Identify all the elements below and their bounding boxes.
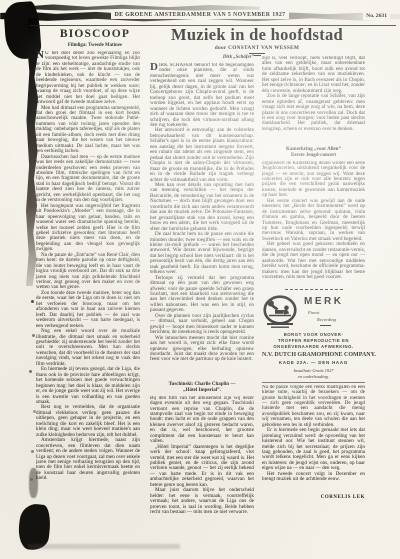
- column-bioscoop: BIOSCOOP Filmliga: Tweede Matinee NU het…: [36, 28, 140, 535]
- heading-kamerkring: Kamerkring „voor Allen” Eerste Jeugd-con…: [262, 147, 365, 159]
- scan-artifact-bottom-streak: [28, 544, 180, 549]
- ad-brand-word: MERK: [304, 296, 343, 307]
- body-paragraph: Maar juist daarom blijve het onderscheid…: [150, 488, 254, 515]
- body-paragraph: De zaal bracht hem na de pauze een ovati…: [150, 232, 254, 276]
- body-paragraph: Het hoogtepunt was ongetwijfeld het frag…: [36, 204, 140, 253]
- bioscoop-subtitle: Filmliga: Tweede Matinee: [36, 43, 140, 48]
- body-paragraph: Men had ditmaal een programma samengeste…: [36, 106, 140, 155]
- body-paragraph: Men kan over détails van opvatting met h…: [150, 183, 254, 232]
- body-paragraph: organiseert de Kamerkring dezen winter e…: [262, 161, 365, 199]
- body-paragraph: „Hôtel Imperial” daarentegen is het dege…: [150, 445, 254, 489]
- dashed-rule: [285, 289, 343, 290]
- newspaper-page: DE GROENE AMSTERDAMMER VAN 5 NOVEMBER 19…: [0, 0, 400, 559]
- masthead-title: DE GROENE AMSTERDAMMER VAN 5 NOVEMBER 19…: [0, 12, 400, 18]
- body-paragraph: Het geheel was goed gekozen: melodieën e…: [262, 242, 365, 280]
- body-paragraph: Amsterdam krijgt hiermede, naast zijn co…: [36, 438, 140, 482]
- body-paragraph: Het eerste concert was gewijd aan de oud…: [262, 199, 365, 243]
- dropcap: D: [150, 63, 158, 72]
- right-body-bottom: Na de pauze volgde een reeks madrigalen …: [262, 385, 365, 493]
- music-byline: door CONSTANT VAN WESSEM: [148, 45, 366, 51]
- body-paragraph: Bij den film van het amusement zijn wij …: [150, 396, 254, 445]
- ad-address: KADE 22A. — DEN HAAG: [262, 360, 365, 365]
- body-paragraph: zijd is, veel verloopt, niets verheiligd…: [262, 56, 365, 94]
- right-body-top: zijd is, veel verloopt, niets verheiligd…: [262, 56, 365, 144]
- body-paragraph: Over de plannen voor zijn jaarlijkschen …: [150, 314, 254, 336]
- signature: CORNELIS LEK: [262, 495, 365, 500]
- bioscoop-title: BIOSCOOP: [36, 28, 140, 40]
- byline-flourish: [249, 53, 265, 54]
- body-paragraph: Er is hiermede een begin gemaakt met iet…: [262, 428, 365, 472]
- gramophone-dog-logo-icon: [263, 294, 297, 330]
- scan-artifact-top-smear: [30, 4, 260, 11]
- issue-number: No. 2631: [363, 12, 390, 20]
- music-article-header: Muziek in de hoofdstad door CONSTANT VAN…: [148, 27, 366, 56]
- ad-note: Installatie Gratis 1927: [262, 368, 365, 373]
- ad-tagline: Finest: [308, 310, 319, 315]
- scan-artifact-speckles: [31, 300, 34, 303]
- ad-tagline: Recording: [317, 317, 336, 322]
- body-paragraph: Zoo is de lange reputatie van Schäfer, v…: [262, 94, 365, 132]
- gramophone-advert: MERK Finest Recording BORGT VOOR ONOVER-…: [262, 292, 365, 380]
- column-right: zijd is, veel verloopt, niets verheiligd…: [262, 56, 365, 500]
- ad-company-name: N.V. DUTCH GRAMOPHONE COMPANY.: [262, 352, 365, 358]
- body-paragraph: DIRK SCHÄFER behoort tot de begenadigden…: [150, 63, 254, 128]
- ad-bottom-rule: [262, 382, 365, 383]
- byline-flourish: [254, 55, 261, 56]
- column-music: Dirk „Schäfer” DIRK SCHÄFER behoort tot …: [150, 55, 254, 522]
- body-paragraph: Nog een enkel woord over de muzikale ill…: [36, 329, 140, 367]
- body-paragraph: Terloops zij vermeld dat het programma d…: [150, 276, 254, 314]
- article-kicker: Dirk „Schäfer”: [150, 55, 254, 60]
- ad-note: en onderhouding.: [262, 374, 365, 379]
- music-body-2: Bij den film van het amusement zijn wij …: [150, 396, 254, 522]
- ad-tagline-dash: [320, 325, 331, 326]
- body-paragraph: Het antwoord is eenvoudig: aan de volstr…: [150, 128, 254, 183]
- body-paragraph: Wie intusschen meenen mocht dat hier rou…: [150, 336, 254, 363]
- body-paragraph: NU het doel dezer zoo eigenaardig en zoo…: [36, 51, 140, 106]
- body-paragraph: Na de pauze volgde een reeks madrigalen …: [262, 385, 365, 429]
- masthead-row: DE GROENE AMSTERDAMMER VAN 5 NOVEMBER 19…: [0, 12, 400, 23]
- body-paragraph: Het tweede concert volgt in December en …: [262, 472, 365, 483]
- right-body-mid: organiseert de Kamerkring dezen winter e…: [262, 161, 365, 287]
- music-headline: Muziek in de hoofdstad: [148, 27, 366, 42]
- bioscoop-body: NU het doel dezer zoo eigenaardig en zoo…: [36, 51, 140, 535]
- body-paragraph: Zoo toonde deze tweede matinee, beter no…: [36, 291, 140, 329]
- body-paragraph: Na de pauze de „Entr'acte” van René Clai…: [36, 253, 140, 291]
- body-paragraph: En hiermede zij tevens gezegd, dat de Li…: [36, 367, 140, 405]
- dropcap: N: [36, 51, 44, 60]
- body-paragraph: Daartusschen had men — op de eerste mati…: [36, 155, 140, 204]
- music-body-1: DIRK SCHÄFER behoort tot de begenadigden…: [150, 63, 254, 379]
- body-paragraph: Rest nog te vermelden, dat de organisati…: [36, 405, 140, 438]
- subhead-cinema: Tuschinski: Charlie Chaplin — „Hôtel Imp…: [150, 382, 254, 394]
- ad-slogan: BORGT VOOR ONOVER- TROFFEN REPRODUCTIE E…: [262, 332, 365, 351]
